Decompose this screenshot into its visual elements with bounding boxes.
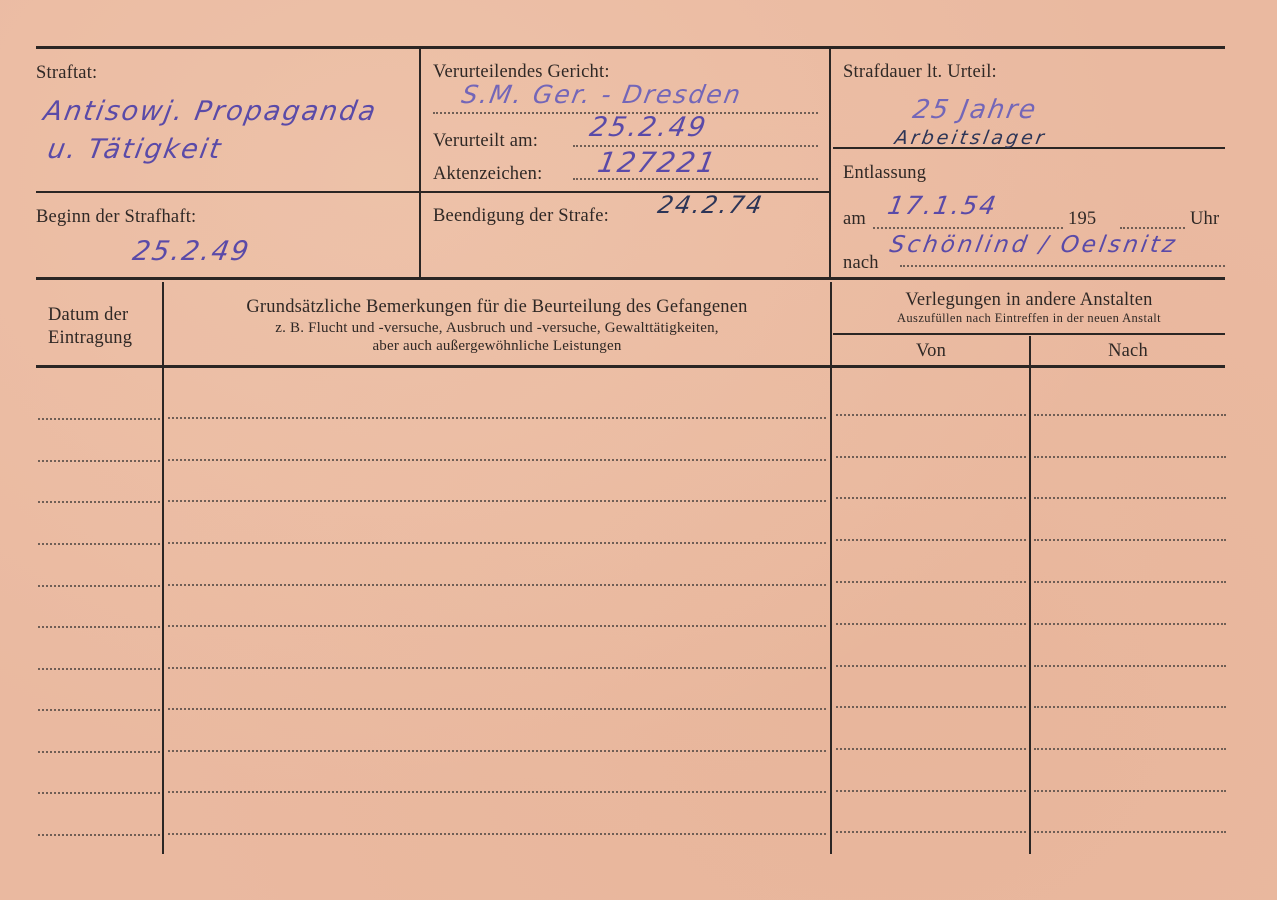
column-header-transfers-sub: Auszufüllen nach Eintreffen in der neuen… bbox=[833, 311, 1225, 326]
row-5-remarks-line bbox=[168, 584, 826, 586]
offense-label: Straftat: bbox=[36, 63, 97, 84]
release-to-label: nach bbox=[843, 253, 879, 274]
row-2-from-line bbox=[836, 456, 1026, 458]
file-number-value: 127221 bbox=[595, 146, 720, 179]
sentence-type-value: Arbeitslager bbox=[893, 127, 1049, 149]
row-5-date-line bbox=[38, 585, 160, 587]
row-8-remarks-line bbox=[168, 708, 826, 710]
sentenced-on-label: Verurteilt am: bbox=[433, 131, 538, 152]
row-7-remarks-line bbox=[168, 667, 826, 669]
row-11-remarks-line bbox=[168, 833, 826, 835]
row-10-remarks-line bbox=[168, 791, 826, 793]
row-9-from-line bbox=[836, 748, 1026, 750]
divider-col1-top bbox=[419, 48, 421, 278]
prisoner-record-card: Straftat: Antisowj. Propaganda u. Tätigk… bbox=[0, 0, 1277, 900]
row-3-date-line bbox=[38, 501, 160, 503]
column-header-remarks-title: Grundsätzliche Bemerkungen für die Beurt… bbox=[164, 297, 830, 318]
column-header-to: Nach bbox=[1031, 341, 1225, 362]
row-11-from-line bbox=[836, 831, 1026, 833]
court-value: S.M. Ger. - Dresden bbox=[459, 80, 744, 109]
row-3-to-line bbox=[1034, 497, 1226, 499]
row-2-to-line bbox=[1034, 456, 1226, 458]
row-5-from-line bbox=[836, 581, 1026, 583]
row-4-remarks-line bbox=[168, 542, 826, 544]
row-8-to-line bbox=[1034, 706, 1226, 708]
rule-under-transfers-title bbox=[833, 333, 1225, 335]
row-3-remarks-line bbox=[168, 500, 826, 502]
row-1-to-line bbox=[1034, 414, 1226, 416]
row-10-from-line bbox=[836, 790, 1026, 792]
custody-start-value: 25.2.49 bbox=[130, 236, 253, 267]
row-7-to-line bbox=[1034, 665, 1226, 667]
row-1-from-line bbox=[836, 414, 1026, 416]
release-destination-dotted-line bbox=[900, 265, 1225, 267]
row-1-remarks-line bbox=[168, 417, 826, 419]
release-label: Entlassung bbox=[843, 163, 926, 184]
release-time-label: Uhr bbox=[1190, 209, 1219, 230]
row-7-from-line bbox=[836, 665, 1026, 667]
column-header-from: Von bbox=[833, 341, 1029, 362]
row-2-remarks-line bbox=[168, 459, 826, 461]
row-11-to-line bbox=[1034, 831, 1226, 833]
release-date-dotted-line bbox=[873, 227, 1063, 229]
file-number-label: Aktenzeichen: bbox=[433, 164, 542, 185]
row-9-to-line bbox=[1034, 748, 1226, 750]
sentence-end-label: Beendigung der Strafe: bbox=[433, 206, 609, 227]
divider-from-to-col bbox=[1029, 336, 1031, 854]
custody-start-label: Beginn der Strafhaft: bbox=[36, 207, 196, 228]
row-9-remarks-line bbox=[168, 750, 826, 752]
row-4-to-line bbox=[1034, 539, 1226, 541]
column-header-transfers-title: Verlegungen in andere Anstalten bbox=[833, 290, 1225, 311]
row-4-date-line bbox=[38, 543, 160, 545]
column-header-date-line2: Eintragung bbox=[48, 328, 132, 349]
divider-col2-top bbox=[829, 48, 831, 278]
offense-value-line1: Antisowj. Propaganda bbox=[41, 96, 380, 127]
row-9-date-line bbox=[38, 751, 160, 753]
release-destination-value: Schönlind / Oelsnitz bbox=[888, 232, 1180, 258]
release-year-prefix: 195 bbox=[1068, 209, 1096, 230]
row-11-date-line bbox=[38, 834, 160, 836]
row-8-date-line bbox=[38, 709, 160, 711]
column-header-remarks-sub1: z. B. Flucht und -versuche, Ausbruch und… bbox=[164, 320, 830, 337]
row-10-date-line bbox=[38, 792, 160, 794]
row-4-from-line bbox=[836, 539, 1026, 541]
row-6-from-line bbox=[836, 623, 1026, 625]
top-border-rule bbox=[36, 46, 1225, 49]
row-3-from-line bbox=[836, 497, 1026, 499]
row-6-remarks-line bbox=[168, 625, 826, 627]
release-date-value: 17.1.54 bbox=[885, 191, 1000, 220]
row-5-to-line bbox=[1034, 581, 1226, 583]
release-am-label: am bbox=[843, 209, 866, 230]
sentence-length-value: 25 Jahre bbox=[910, 95, 1039, 125]
sentence-length-label: Strafdauer lt. Urteil: bbox=[843, 62, 997, 83]
sentence-end-value: 24.2.74 bbox=[656, 191, 767, 219]
row-1-date-line bbox=[38, 418, 160, 420]
column-header-remarks-sub2: aber auch außergewöhnliche Leistungen bbox=[164, 338, 830, 355]
row-7-date-line bbox=[38, 668, 160, 670]
row-6-date-line bbox=[38, 626, 160, 628]
column-header-date-line1: Datum der bbox=[48, 305, 128, 326]
sentenced-on-value: 25.2.49 bbox=[587, 112, 710, 143]
row-2-date-line bbox=[38, 460, 160, 462]
row-6-to-line bbox=[1034, 623, 1226, 625]
release-time-dotted-line bbox=[1120, 227, 1185, 229]
row-10-to-line bbox=[1034, 790, 1226, 792]
file-number-dotted-line bbox=[573, 178, 818, 180]
offense-value-line2: u. Tätigkeit bbox=[45, 134, 225, 165]
table-header-bottom-rule bbox=[36, 365, 1225, 368]
mid-border-rule bbox=[36, 277, 1225, 280]
row-8-from-line bbox=[836, 706, 1026, 708]
